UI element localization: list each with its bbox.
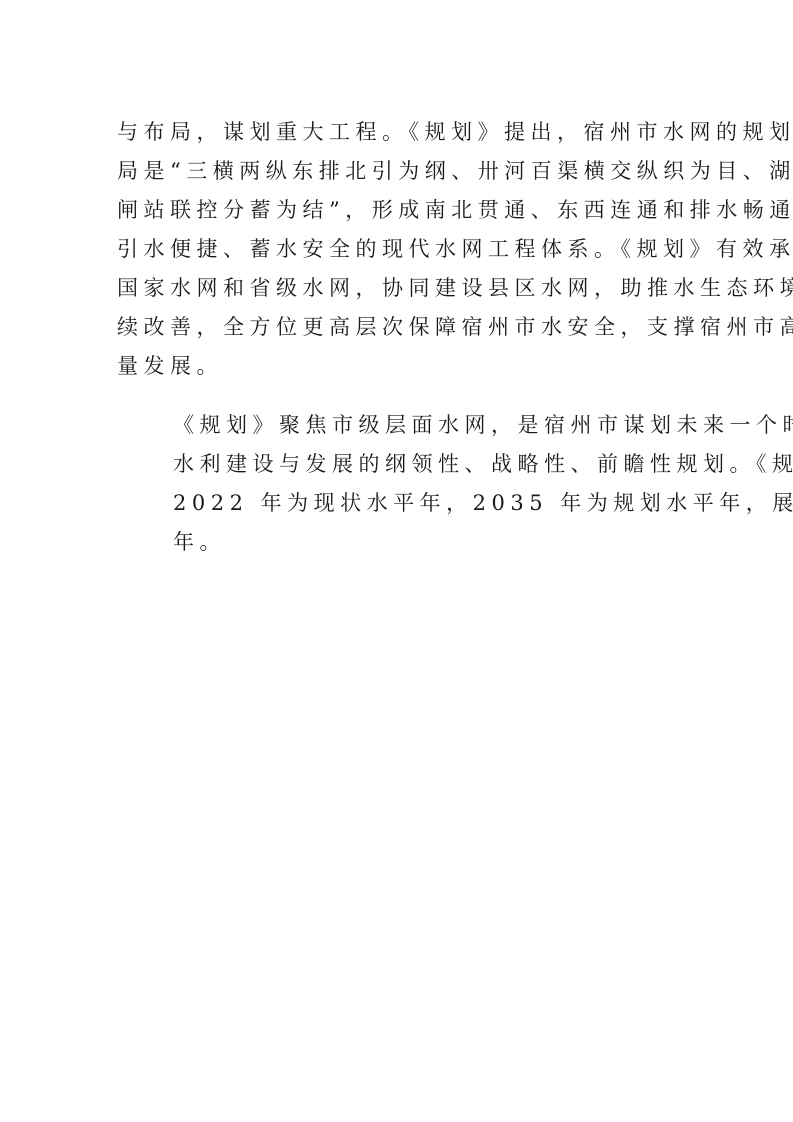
paragraph-line: 水利建设与发展的纲领性、战略性、前瞻性规划。《规划》以 <box>117 445 679 484</box>
paragraph-line: 引水便捷、蓄水安全的现代水网工程体系。《规划》有效承接 <box>117 230 679 269</box>
paragraph-2: 《规划》聚焦市级层面水网，是宿州市谋划未来一个时期 水利建设与发展的纲领性、战略… <box>117 406 679 562</box>
paragraph-1: 与布局，谋划重大工程。《规划》提出，宿州市水网的规划布 局是“三横两纵东排北引为… <box>117 113 679 386</box>
paragraph-line: 年。 <box>117 523 679 562</box>
paragraph-line: 续改善，全方位更高层次保障宿州市水安全，支撑宿州市高质 <box>117 308 679 347</box>
paragraph-line: 2022 年为现状水平年，2035 年为规划水平年，展望至 2050 <box>117 484 679 523</box>
paragraph-line: 《规划》聚焦市级层面水网，是宿州市谋划未来一个时期 <box>117 406 679 445</box>
document-page: 与布局，谋划重大工程。《规划》提出，宿州市水网的规划布 局是“三横两纵东排北引为… <box>117 113 679 562</box>
paragraph-line: 局是“三横两纵东排北引为纲、卅河百渠横交纵织为目、湖库 <box>117 152 679 191</box>
paragraph-line: 量发展。 <box>117 347 679 386</box>
paragraph-line: 闸站联控分蓄为结”，形成南北贯通、东西连通和排水畅通、 <box>117 191 679 230</box>
paragraph-line: 国家水网和省级水网，协同建设县区水网，助推水生态环境持 <box>117 269 679 308</box>
paragraph-line: 与布局，谋划重大工程。《规划》提出，宿州市水网的规划布 <box>117 113 679 152</box>
